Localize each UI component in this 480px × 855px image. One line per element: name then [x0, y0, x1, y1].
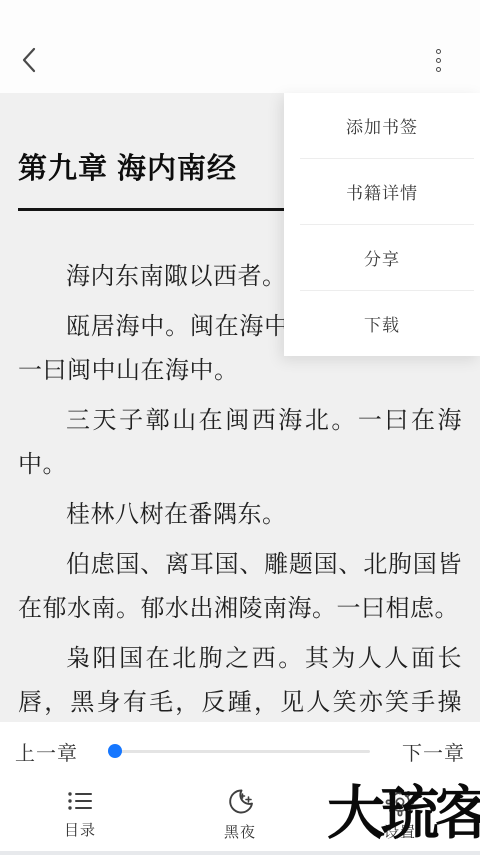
chevron-left-icon: [12, 42, 48, 78]
previous-chapter-button[interactable]: 上一章: [15, 737, 78, 766]
moon-icon: [224, 786, 256, 818]
paragraph: 桂林八树在番隅东。: [18, 493, 462, 537]
back-button[interactable]: [12, 42, 48, 78]
kebab-vertical-icon: [436, 58, 441, 63]
nav-item-night-mode[interactable]: 黑夜: [160, 780, 320, 851]
top-bar: [0, 0, 480, 93]
nav-item-settings[interactable]: 设置: [320, 780, 480, 851]
menu-item-book-details[interactable]: 书籍详情: [284, 159, 480, 224]
paragraph: 三天子鄣山在闽西海北。一曰在海中。: [18, 399, 462, 487]
kebab-vertical-icon: [436, 49, 441, 54]
nav-item-catalog[interactable]: 目录: [0, 780, 160, 851]
gear-icon: [384, 786, 416, 818]
next-chapter-button[interactable]: 下一章: [402, 737, 465, 766]
menu-item-download[interactable]: 下载: [284, 291, 480, 356]
kebab-vertical-icon: [436, 67, 441, 72]
reader-app-screen: 第九章 海内南经 海内东南陬以西者。 瓯居海中。闽在海中，其西北有山。一曰闽中山…: [0, 0, 480, 855]
chapter-progress-slider[interactable]: [110, 744, 370, 758]
paragraph: 枭阳国在北朐之西。其为人人面长唇，黑身有毛，反踵，见人笑亦笑手操管。: [18, 637, 462, 722]
nav-label: 黑夜: [224, 821, 256, 842]
paragraph: 伯虑国、离耳国、雕题国、北朐国皆在郁水南。郁水出湘陵南海。一曰相虑。: [18, 543, 462, 631]
menu-item-share[interactable]: 分享: [284, 225, 480, 290]
menu-item-add-bookmark[interactable]: 添加书签: [284, 93, 480, 158]
options-dropdown-menu: 添加书签 书籍详情 分享 下载: [284, 93, 480, 356]
bottom-edge-strip: [0, 851, 480, 855]
slider-track: [110, 750, 370, 753]
list-icon: [65, 786, 95, 816]
chapter-navigation-bar: 上一章 下一章: [0, 722, 480, 780]
nav-label: 目录: [64, 819, 96, 840]
nav-label: 设置: [384, 821, 416, 842]
more-options-button[interactable]: [430, 44, 446, 76]
bottom-nav-bar: 目录 黑夜: [0, 780, 480, 851]
slider-thumb[interactable]: [108, 744, 122, 758]
